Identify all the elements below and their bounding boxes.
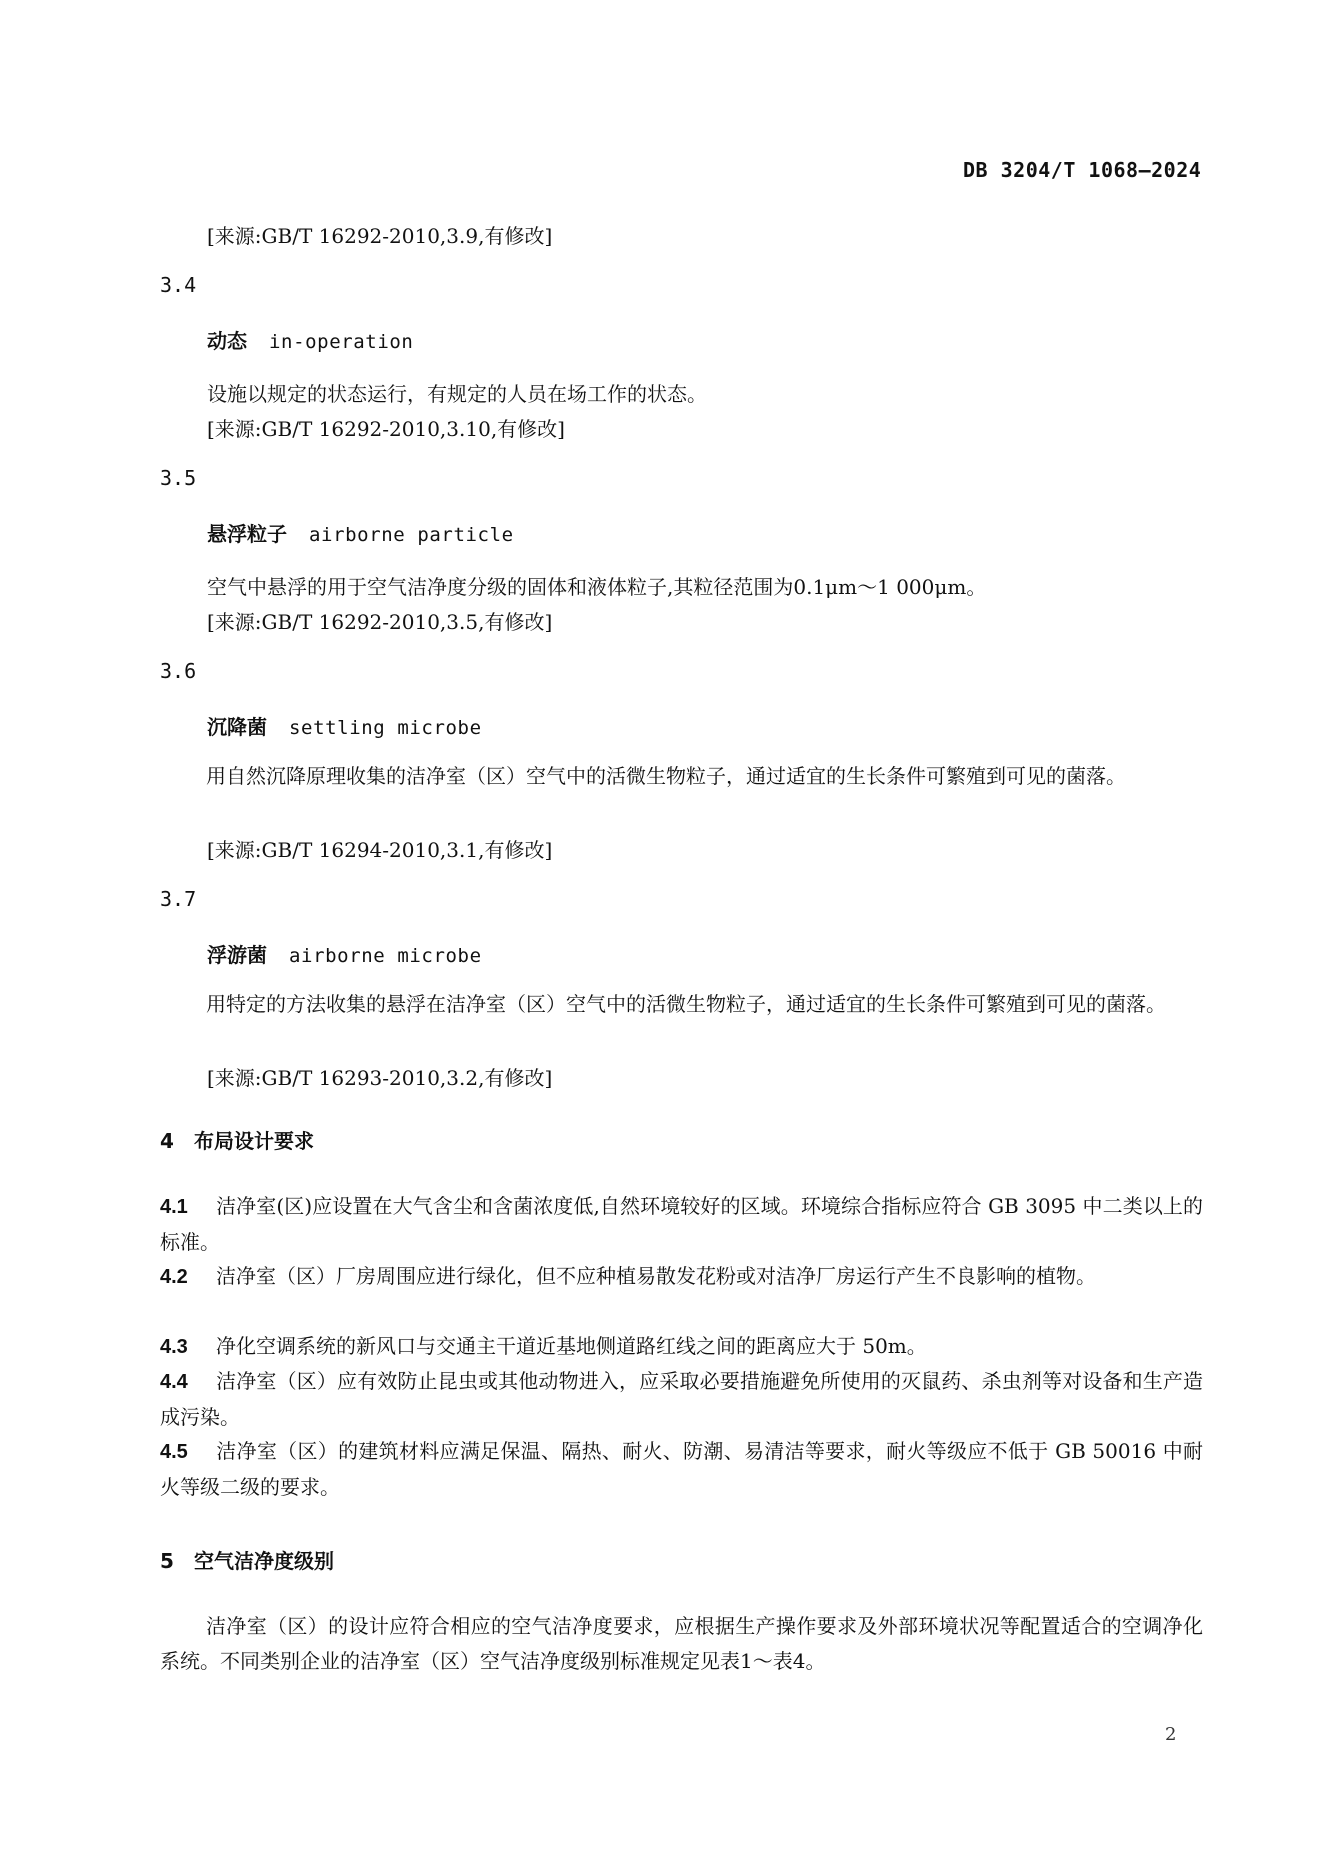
term-cn: 沉降菌 (207, 715, 267, 739)
clause-text: 洁净室（区）厂房周围应进行绿化，但不应种植易散发花粉或对洁净厂房运行产生不良影响… (216, 1264, 1096, 1288)
page-number: 2 (1165, 1724, 1176, 1745)
section-title: 空气洁净度级别 (194, 1549, 334, 1573)
source-citation-3-7: [来源:GB/T 16293-2010,3.2,有修改] (207, 1062, 552, 1091)
term-definition-3-4: 设施以规定的状态运行，有规定的人员在场工作的状态。 (207, 378, 707, 407)
clause-4-2: 4.2洁净室（区）厂房周围应进行绿化，但不应种植易散发花粉或对洁净厂房运行产生不… (160, 1259, 1203, 1295)
term-number-3-6: 3.6 (160, 659, 196, 683)
standard-code-header: DB 3204/T 1068—2024 (963, 158, 1201, 182)
clause-number: 4.2 (160, 1260, 216, 1295)
term-en: airborne particle (309, 524, 514, 546)
term-definition-3-6: 用自然沉降原理收集的洁净室（区）空气中的活微生物粒子，通过适宜的生长条件可繁殖到… (160, 759, 1203, 794)
term-en: in-operation (269, 331, 413, 353)
term-cn: 浮游菌 (207, 943, 267, 967)
clause-number: 4.5 (160, 1435, 216, 1470)
term-title-3-6: 沉降菌settling microbe (207, 711, 482, 740)
term-number-3-7: 3.7 (160, 887, 196, 911)
section-5-paragraph: 洁净室（区）的设计应符合相应的空气洁净度要求，应根据生产操作要求及外部环境状况等… (160, 1609, 1203, 1679)
section-heading-5: 5空气洁净度级别 (160, 1545, 334, 1574)
term-cn: 动态 (207, 329, 247, 353)
term-title-3-4: 动态in-operation (207, 325, 413, 354)
term-cn: 悬浮粒子 (207, 522, 287, 546)
clause-4-4: 4.4洁净室（区）应有效防止昆虫或其他动物进入，应采取必要措施避免所使用的灭鼠药… (160, 1364, 1203, 1435)
term-en: airborne microbe (289, 945, 482, 967)
clause-number: 4.3 (160, 1330, 216, 1365)
source-citation-3-5: [来源:GB/T 16292-2010,3.5,有修改] (207, 606, 552, 635)
section-number: 4 (160, 1129, 194, 1153)
term-definition-3-5: 空气中悬浮的用于空气洁净度分级的固体和液体粒子,其粒径范围为0.1μm～1 00… (207, 571, 986, 600)
section-number: 5 (160, 1549, 194, 1573)
term-definition-3-7: 用特定的方法收集的悬浮在洁净室（区）空气中的活微生物粒子，通过适宜的生长条件可繁… (160, 987, 1203, 1022)
source-citation-3-3: [来源:GB/T 16292-2010,3.9,有修改] (207, 220, 552, 249)
clause-4-5: 4.5洁净室（区）的建筑材料应满足保温、隔热、耐火、防潮、易清洁等要求，耐火等级… (160, 1434, 1203, 1505)
term-title-3-7: 浮游菌airborne microbe (207, 939, 482, 968)
term-title-3-5: 悬浮粒子airborne particle (207, 518, 514, 547)
clause-4-1: 4.1洁净室(区)应设置在大气含尘和含菌浓度低,自然环境较好的区域。环境综合指标… (160, 1189, 1203, 1260)
term-number-3-5: 3.5 (160, 466, 196, 490)
clause-number: 4.4 (160, 1365, 216, 1400)
source-citation-3-6: [来源:GB/T 16294-2010,3.1,有修改] (207, 834, 552, 863)
clause-text: 洁净室（区）应有效防止昆虫或其他动物进入，应采取必要措施避免所使用的灭鼠药、杀虫… (160, 1369, 1203, 1429)
clause-number: 4.1 (160, 1190, 216, 1225)
section-title: 布局设计要求 (194, 1129, 314, 1153)
section-heading-4: 4布局设计要求 (160, 1125, 314, 1154)
term-en: settling microbe (289, 717, 482, 739)
clause-4-3: 4.3净化空调系统的新风口与交通主干道近基地侧道路红线之间的距离应大于 50m。 (160, 1329, 1203, 1365)
document-page: DB 3204/T 1068—2024 [来源:GB/T 16292-2010,… (0, 0, 1323, 1871)
clause-text: 洁净室（区）的建筑材料应满足保温、隔热、耐火、防潮、易清洁等要求，耐火等级应不低… (160, 1439, 1203, 1499)
clause-text: 洁净室(区)应设置在大气含尘和含菌浓度低,自然环境较好的区域。环境综合指标应符合… (160, 1194, 1203, 1254)
source-citation-3-4: [来源:GB/T 16292-2010,3.10,有修改] (207, 413, 565, 442)
term-number-3-4: 3.4 (160, 273, 196, 297)
clause-text: 净化空调系统的新风口与交通主干道近基地侧道路红线之间的距离应大于 50m。 (216, 1334, 927, 1358)
